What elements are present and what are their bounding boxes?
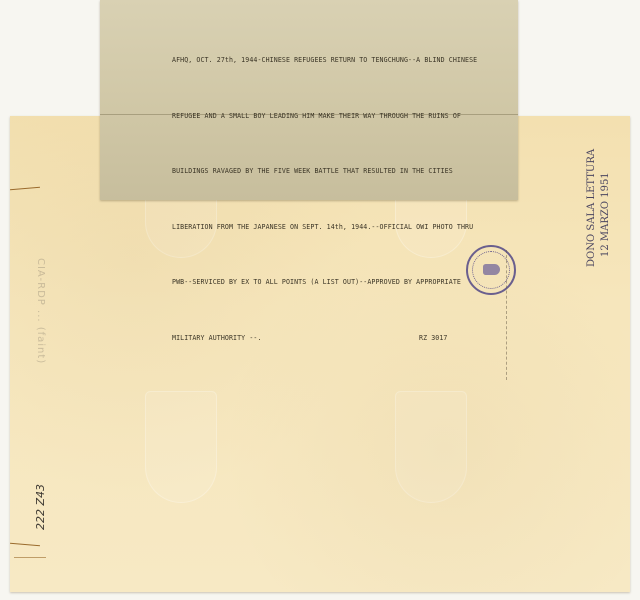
edge-mark (14, 557, 46, 558)
donation-stamp-line1: DONO SALA LETTURA (585, 149, 599, 267)
watermark-shield (145, 391, 217, 503)
caption-line: MILITARY AUTHORITY --.RZ 3017 (172, 329, 512, 348)
stamp-emblem-icon (483, 264, 500, 275)
caption-text: AFHQ, OCT. 27th, 1944-CHINESE REFUGEES R… (172, 14, 512, 384)
caption-line: PWB--SERVICED BY EX TO ALL POINTS (A LIS… (172, 273, 512, 292)
pencil-number: 222 Z43 (34, 484, 47, 530)
donation-stamp-date: 12 MARZO 1951 (599, 149, 613, 267)
dashed-guide-line (506, 250, 507, 380)
pencil-archive-mark: CIA-RDP ... (faint) (35, 258, 46, 364)
donation-stamp: DONO SALA LETTURA 12 MARZO 1951 (585, 149, 613, 267)
caption-line: AFHQ, OCT. 27th, 1944-CHINESE REFUGEES R… (172, 51, 512, 70)
caption-line: LIBERATION FROM THE JAPANESE ON SEPT. 14… (172, 218, 512, 237)
caption-last-line: MILITARY AUTHORITY --. (172, 334, 262, 342)
caption-line: BUILDINGS RAVAGED BY THE FIVE WEEK BATTL… (172, 162, 512, 181)
caption-line: REFUGEE AND A SMALL BOY LEADING HIM MAKE… (172, 107, 512, 126)
watermark-shield (395, 391, 467, 503)
circular-stamp (466, 245, 516, 295)
caption-slip: AFHQ, OCT. 27th, 1944-CHINESE REFUGEES R… (100, 0, 518, 200)
caption-reference: RZ 3017 (419, 329, 448, 348)
